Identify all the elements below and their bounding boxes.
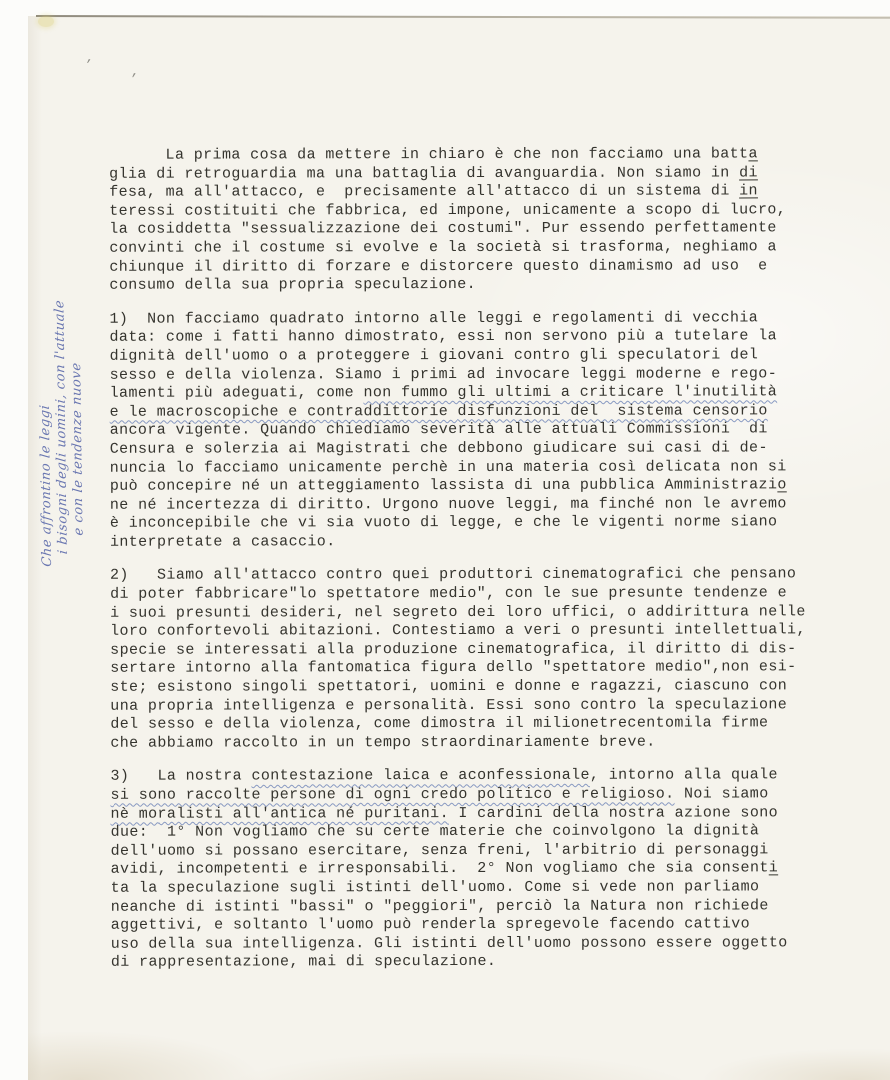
typed-underlined-text: a xyxy=(748,145,757,162)
typed-text-segment: di rappresentazione, mai di speculazione… xyxy=(111,953,497,971)
typed-underlined-text: i xyxy=(769,860,778,877)
typed-line: ne né incertezza di diritto. Urgono nuov… xyxy=(110,495,834,515)
typed-text-segment: ne né incertezza di diritto. Urgono nuov… xyxy=(110,495,787,513)
typed-line: avidi, incompetenti e irresponsabili. 2°… xyxy=(111,860,835,880)
typed-line: ste; esistono singoli spettatori, uomini… xyxy=(110,677,834,697)
typed-text-segment: data: come i fatti hanno dimostrato, ess… xyxy=(110,328,778,346)
typed-line: teressi costituiti che fabbrica, ed impo… xyxy=(109,201,833,221)
typed-line: chiunque il diritto di forzare e distorc… xyxy=(109,257,833,277)
typed-text-segment: specie se interessati alla produzione ci… xyxy=(110,640,796,658)
typed-text-segment: chiunque il diritto di forzare e distorc… xyxy=(109,257,767,275)
typed-text-segment: fesa, ma all'attacco, e precisamente all… xyxy=(109,183,739,201)
typed-line: La prima cosa da mettere in chiaro è che… xyxy=(109,145,833,165)
typed-text-segment: sertare intorno alla fantomatica figura … xyxy=(110,659,796,677)
typed-line: di rappresentazione, mai di speculazione… xyxy=(111,953,835,973)
typed-line: loro confortevoli abitazioni. Contestiam… xyxy=(110,621,834,641)
typed-line: Censura e solerzia ai Magistrati che deb… xyxy=(110,439,834,459)
typed-text-segment: ancora vigente. Quando chiediamo severit… xyxy=(110,421,768,439)
typed-text-segment: , intorno alla quale xyxy=(590,767,778,784)
typed-underlined-text: in xyxy=(739,183,758,200)
typed-line: interpretate a casaccio. xyxy=(110,532,834,552)
typed-line: specie se interessati alla produzione ci… xyxy=(110,640,834,660)
typed-text-segment: è inconcepibile che vi sia vuoto di legg… xyxy=(110,514,778,532)
typed-text-segment: avidi, incompetenti e irresponsabili. 2°… xyxy=(111,860,769,878)
typed-line: è inconcepibile che vi sia vuoto di legg… xyxy=(110,514,834,534)
typed-line: dell'uomo si possano esercitare, senza f… xyxy=(111,841,835,861)
typed-line: può concepire né un atteggiamento lassis… xyxy=(110,476,834,496)
typed-text-segment: Censura e solerzia ai Magistrati che deb… xyxy=(110,439,768,457)
typed-text: La prima cosa da mettere in chiaro è che… xyxy=(109,145,835,987)
typed-line: 2) Siamo all'attacco contro quei produtt… xyxy=(110,566,834,586)
typed-text-segment: può concepire né un atteggiamento lassis… xyxy=(110,476,778,494)
typed-text-segment: due: 1° Non vogliamo che su certe materi… xyxy=(111,823,760,841)
typed-text-segment: lamenti più adeguati, come xyxy=(110,384,364,402)
typed-line: fesa, ma all'attacco, e precisamente all… xyxy=(109,182,833,202)
typed-line: glia di retroguardia ma una battaglia di… xyxy=(109,164,833,184)
typed-line: convinti che il costume si evolve e la s… xyxy=(109,238,833,258)
typed-text-segment: glia di retroguardia ma una battaglia di… xyxy=(109,164,739,182)
paper-stain xyxy=(38,16,54,27)
typed-text-segment: una propria intelligenza e personalità. … xyxy=(110,696,787,714)
typed-line: di poter fabbricare"lo spettatore medio"… xyxy=(110,584,834,604)
typed-line: dignità dell'uomo o a proteggere i giova… xyxy=(110,346,834,366)
handwritten-margin-note: Che affrontino le leggii bisogni degli u… xyxy=(35,226,88,570)
pen-underlined-text: e le macroscopiche e contraddittorie dis… xyxy=(110,402,768,420)
typed-line: aggettivi, e soltanto l'uomo può renderl… xyxy=(111,915,835,935)
typed-underlined-text: di xyxy=(739,164,758,181)
typed-paragraph-3: 3) La nostra contestazione laica e aconf… xyxy=(110,767,834,973)
typed-line: nuncia lo facciamo unicamente perchè in … xyxy=(110,458,834,478)
typed-line: 3) La nostra contestazione laica e aconf… xyxy=(110,767,834,787)
typed-text-segment: loro confortevoli abitazioni. Contestiam… xyxy=(110,622,806,640)
typed-text-segment: ta la speculazione sugli istinti dell'uo… xyxy=(111,878,760,896)
typed-text-segment: sesso e della violenza. Siamo i primi ad… xyxy=(110,365,778,383)
typed-line: la cosiddetta "sessualizzazione dei cost… xyxy=(109,220,833,240)
typed-line: si sono raccolte persone di ogni credo p… xyxy=(110,785,834,805)
typed-line: consumo della sua propria speculazione. xyxy=(109,275,833,295)
typed-text-segment: che abbiamo raccolto in un tempo straord… xyxy=(110,733,655,751)
typed-line: ta la speculazione sugli istinti dell'uo… xyxy=(111,878,835,898)
typed-line: che abbiamo raccolto in un tempo straord… xyxy=(110,733,834,753)
typed-line: sesso e della violenza. Siamo i primi ad… xyxy=(110,365,834,385)
typed-paragraph-0: La prima cosa da mettere in chiaro è che… xyxy=(109,145,833,295)
typed-paragraph-2: 2) Siamo all'attacco contro quei produtt… xyxy=(110,566,834,753)
typed-text-segment: dell'uomo si possano esercitare, senza f… xyxy=(111,841,769,859)
typed-line: ancora vigente. Quando chiediamo severit… xyxy=(110,421,834,441)
typed-text-segment: neanche di istinti "bassi" o "peggiori",… xyxy=(111,897,769,915)
typed-text-segment: aggettivi, e soltanto l'uomo può renderl… xyxy=(111,916,750,934)
typed-text-segment: teressi costituiti che fabbrica, ed impo… xyxy=(109,201,786,219)
pen-underlined-text: si sono raccolte persone di ogni credo p… xyxy=(110,786,674,804)
typed-line: e le macroscopiche e contraddittorie dis… xyxy=(110,402,834,422)
typed-text-segment: 2) Siamo all'attacco contro quei produtt… xyxy=(110,566,796,584)
typed-text-segment: di poter fabbricare"lo spettatore medio"… xyxy=(110,584,787,602)
typed-text-segment: 3) La nostra xyxy=(110,768,251,785)
typed-text-segment: I cardini della nostra azione sono xyxy=(449,804,778,822)
typed-line: una propria intelligenza e personalità. … xyxy=(110,696,834,716)
typed-underlined-text: o xyxy=(777,476,786,493)
pen-underlined-text: contestazione laica e aconfessionale xyxy=(251,767,589,785)
typed-text-segment: convinti che il costume si evolve e la s… xyxy=(109,238,777,256)
typed-text-segment: Noi siamo xyxy=(675,785,769,802)
typed-text-segment: del sesso e della violenza, come dimostr… xyxy=(110,715,768,733)
typed-line: sertare intorno alla fantomatica figura … xyxy=(110,659,834,679)
typed-text-segment: i suoi presunti desideri, nel segreto de… xyxy=(110,603,806,621)
typed-text-segment: dignità dell'uomo o a proteggere i giova… xyxy=(110,346,759,364)
typed-line: uso della sua intelligenza. Gli istinti … xyxy=(111,934,835,954)
typed-line: due: 1° Non vogliamo che su certe materi… xyxy=(111,822,835,842)
typed-text-segment: 1) Non facciamo quadrato intorno alle le… xyxy=(109,309,758,327)
pen-underlined-text: non fummo gli ultimi a criticare l'inuti… xyxy=(363,383,777,401)
typed-text-segment: la cosiddetta "sessualizzazione dei cost… xyxy=(109,220,777,238)
typed-text-segment: La prima cosa da mettere in chiaro è che… xyxy=(109,145,748,163)
pen-underlined-text: nè moralisti all'antica né puritani. xyxy=(110,805,448,823)
typed-text-segment: consumo della sua propria speculazione. xyxy=(109,276,476,294)
typed-line: nè moralisti all'antica né puritani. I c… xyxy=(110,804,834,824)
typed-line: lamenti più adeguati, come non fummo gli… xyxy=(110,383,834,403)
typed-text-segment: ste; esistono singoli spettatori, uomini… xyxy=(110,677,787,695)
typed-line: del sesso e della violenza, come dimostr… xyxy=(110,714,834,734)
typed-line: data: come i fatti hanno dimostrato, ess… xyxy=(110,328,834,348)
typed-line: i suoi presunti desideri, nel segreto de… xyxy=(110,603,834,623)
typed-line: 1) Non facciamo quadrato intorno alle le… xyxy=(109,309,833,329)
typed-text-segment: uso della sua intelligenza. Gli istinti … xyxy=(111,934,788,952)
typed-line: neanche di istinti "bassi" o "peggiori",… xyxy=(111,897,835,917)
scanned-document: ’ , Che affrontino le leggii bisogni deg… xyxy=(0,0,890,1080)
typed-text-segment: nuncia lo facciamo unicamente perchè in … xyxy=(110,458,787,476)
typed-paragraph-1: 1) Non facciamo quadrato intorno alle le… xyxy=(109,309,834,552)
typed-text-segment: interpretate a casaccio. xyxy=(110,533,336,550)
